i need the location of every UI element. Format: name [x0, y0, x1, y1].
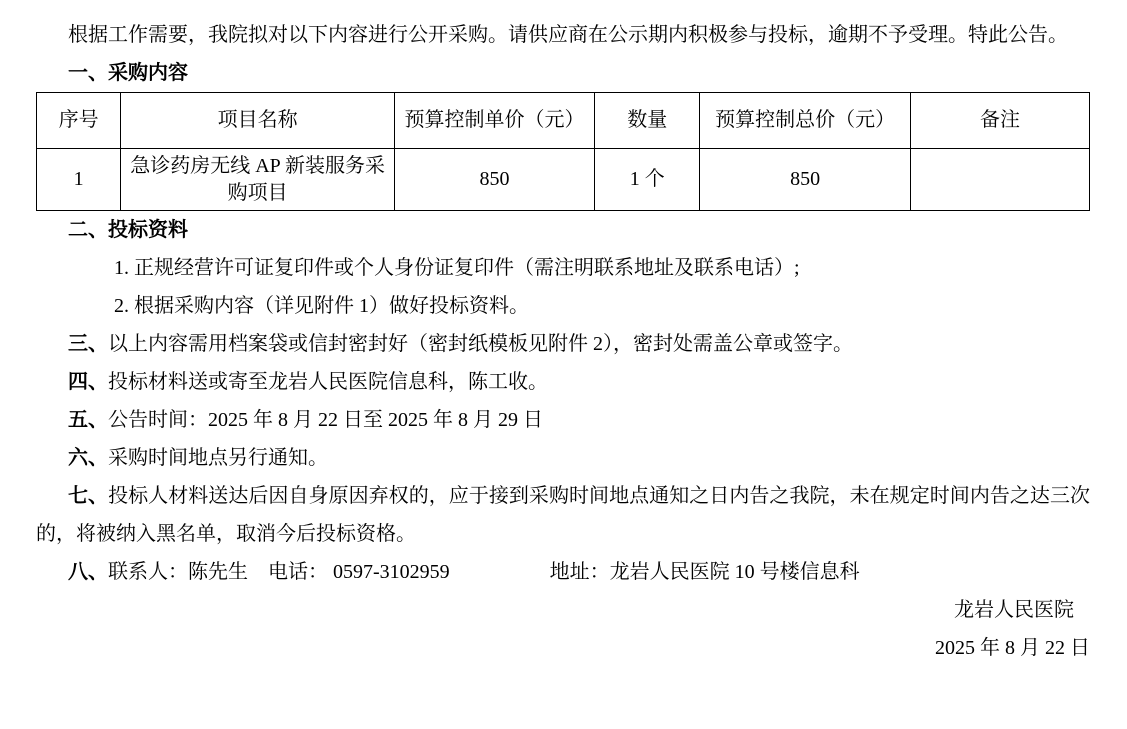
cell-budget-total-price: 850 [700, 149, 911, 211]
header-serial-number: 序号 [37, 93, 121, 149]
cell-project-name: 急诊药房无线 AP 新装服务采购项目 [121, 149, 395, 211]
section-7-number: 七、 [68, 485, 108, 507]
section-8-number: 八、 [68, 561, 108, 583]
section-3-text: 以上内容需用档案袋或信封密封好（密封纸模板见附件 2），密封处需盖公章或签字。 [108, 333, 853, 355]
section-4-number: 四、 [68, 371, 108, 393]
section-2-number: 二、 [68, 219, 108, 241]
header-quantity: 数量 [595, 93, 700, 149]
section-7-paragraph: 七、投标人材料送达后因自身原因弃权的，应于接到采购时间地点通知之日内告之我院，未… [36, 477, 1090, 553]
table-header-row: 序号 项目名称 预算控制单价（元） 数量 预算控制总价（元） 备注 [37, 93, 1090, 149]
section-6-paragraph: 六、采购时间地点另行通知。 [36, 439, 1090, 477]
cell-quantity: 1 个 [595, 149, 700, 211]
cell-remarks [910, 149, 1089, 211]
section-7-text: 投标人材料送达后因自身原因弃权的，应于接到采购时间地点通知之日内告之我院，未在规… [36, 485, 1090, 545]
section-5-number: 五、 [68, 409, 108, 431]
header-budget-total-price: 预算控制总价（元） [700, 93, 911, 149]
address-info: 地址：龙岩人民医院 10 号楼信息科 [550, 561, 860, 583]
cell-serial-number: 1 [37, 149, 121, 211]
section-3-number: 三、 [68, 333, 108, 355]
section-5-paragraph: 五、公告时间：2025 年 8 月 22 日至 2025 年 8 月 29 日 [36, 401, 1090, 439]
section-1-heading: 一、采购内容 [36, 54, 1090, 92]
intro-paragraph: 根据工作需要，我院拟对以下内容进行公开采购。请供应商在公示期内积极参与投标，逾期… [36, 16, 1090, 54]
section-4-paragraph: 四、投标材料送或寄至龙岩人民医院信息科，陈工收。 [36, 363, 1090, 401]
section-1-number: 一、 [68, 62, 108, 84]
section-4-text: 投标材料送或寄至龙岩人民医院信息科，陈工收。 [108, 371, 548, 393]
header-project-name: 项目名称 [121, 93, 395, 149]
procurement-table: 序号 项目名称 预算控制单价（元） 数量 预算控制总价（元） 备注 1 急诊药房… [36, 92, 1090, 211]
header-remarks: 备注 [910, 93, 1089, 149]
section-2-heading: 二、投标资料 [36, 211, 1090, 249]
bid-material-item-2: 2. 根据采购内容（详见附件 1）做好投标资料。 [36, 287, 1090, 325]
table-row: 1 急诊药房无线 AP 新装服务采购项目 850 1 个 850 [37, 149, 1090, 211]
cell-budget-unit-price: 850 [395, 149, 595, 211]
signature-organization: 龙岩人民医院 [36, 591, 1090, 629]
section-3-paragraph: 三、以上内容需用档案袋或信封密封好（密封纸模板见附件 2），密封处需盖公章或签字… [36, 325, 1090, 363]
section-2-title: 投标资料 [108, 219, 188, 241]
bid-material-item-1: 1. 正规经营许可证复印件或个人身份证复印件（需注明联系地址及联系电话）; [36, 249, 1090, 287]
document-page: 根据工作需要，我院拟对以下内容进行公开采购。请供应商在公示期内积极参与投标，逾期… [0, 0, 1127, 729]
contact-info: 联系人：陈先生 电话： 0597-3102959 [108, 561, 450, 583]
section-1-title: 采购内容 [108, 62, 188, 84]
section-6-number: 六、 [68, 447, 108, 469]
signature-date: 2025 年 8 月 22 日 [36, 629, 1090, 667]
section-6-text: 采购时间地点另行通知。 [108, 447, 328, 469]
header-budget-unit-price: 预算控制单价（元） [395, 93, 595, 149]
section-8-paragraph: 八、联系人：陈先生 电话： 0597-3102959地址：龙岩人民医院 10 号… [36, 553, 1090, 591]
section-5-text: 公告时间：2025 年 8 月 22 日至 2025 年 8 月 29 日 [108, 409, 543, 431]
